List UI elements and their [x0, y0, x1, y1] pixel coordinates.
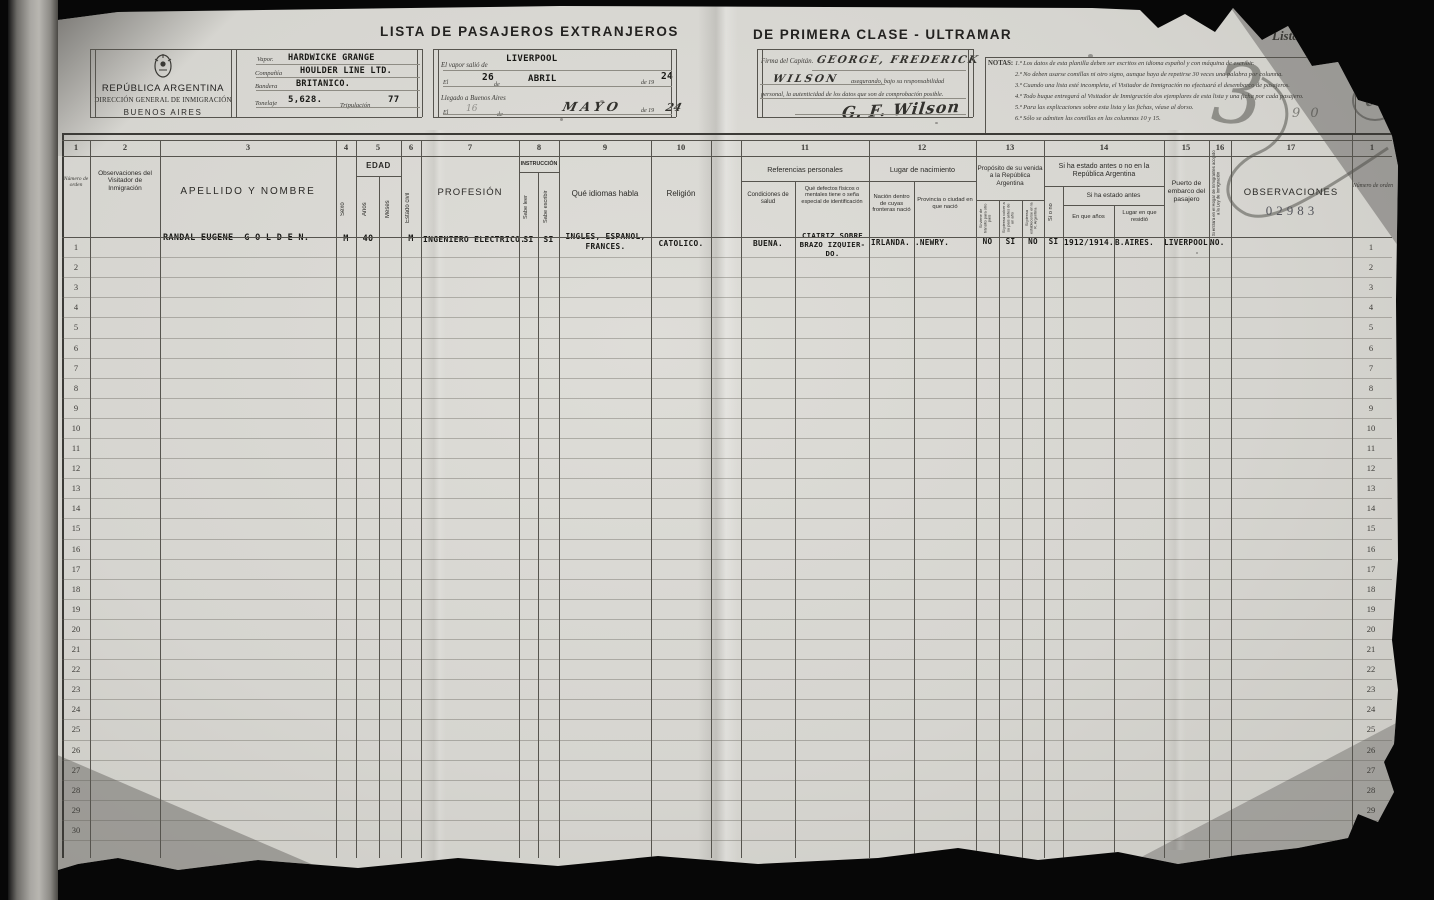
- row-number-right: 29: [1350, 805, 1392, 815]
- row-number-right: 4: [1350, 302, 1392, 312]
- row-number-right: 14: [1350, 503, 1392, 513]
- nota-item-6: 6.ª Sólo se admiten las comillas en las …: [1015, 115, 1161, 122]
- grid-line-vertical: [422, 49, 423, 117]
- row-number-right: 2: [1350, 262, 1392, 272]
- org-country: REPÚBLICA ARGENTINA: [92, 84, 234, 95]
- row-number-right: 24: [1350, 704, 1392, 714]
- header-edad: EDAD: [356, 161, 401, 170]
- row-number-left: 26: [62, 745, 90, 755]
- grid-line-vertical: [795, 181, 796, 858]
- header-provincia: Provincia o ciudad en que nació: [916, 197, 974, 210]
- row-number-right: 25: [1350, 724, 1392, 734]
- circled-pencil-stamp-text: UP: [1363, 90, 1388, 111]
- column-number: 13: [995, 142, 1025, 152]
- column-number: 14: [1089, 142, 1119, 152]
- salida-port: LIVERPOOL: [506, 54, 557, 64]
- row-separator-line: [62, 840, 1392, 841]
- row-separator-line: [62, 619, 1392, 620]
- bandera-value: BRITANICO.: [296, 79, 350, 89]
- compania-label: Compañía: [255, 70, 282, 77]
- grid-line-vertical: [538, 172, 539, 858]
- row-number-right: 11: [1350, 443, 1392, 453]
- salida-de-label: de: [494, 82, 500, 88]
- row-separator-line: [62, 599, 1392, 600]
- tonelaje-label: Tonelaje: [255, 100, 277, 107]
- row-number-left: 5: [62, 322, 90, 332]
- grid-line-vertical: [95, 49, 96, 117]
- row-number-left: 10: [62, 423, 90, 433]
- grid-line-horizontal: [741, 181, 976, 182]
- grid-line-horizontal: [760, 98, 966, 99]
- grid-line-vertical: [973, 49, 974, 117]
- grid-line-vertical: [968, 49, 969, 117]
- row-separator-line: [62, 719, 1392, 720]
- row1-prop1: NO: [976, 238, 999, 247]
- grid-line-horizontal: [795, 114, 966, 115]
- tripulacion-value: 77: [388, 95, 399, 105]
- org-department: DIRECCIÓN GENERAL DE INMIGRACIÓN: [90, 97, 236, 105]
- row-number-right: 15: [1350, 523, 1392, 533]
- column-number: 8: [524, 142, 554, 152]
- row-separator-line: [62, 458, 1392, 459]
- pencil-big-number: 3: [1209, 46, 1268, 144]
- grid-line-horizontal: [812, 70, 966, 71]
- row-number-left: 7: [62, 363, 90, 373]
- row-separator-line: [62, 559, 1392, 560]
- header-prop-sub2: Si piensa volver a su país antes de un a…: [1002, 202, 1020, 234]
- row-number-left: 20: [62, 624, 90, 634]
- row-number-left: 30: [62, 825, 90, 835]
- column-number: 1: [1357, 142, 1387, 152]
- row-number-right: 19: [1350, 604, 1392, 614]
- row-separator-line: [62, 679, 1392, 680]
- row1-prop2: SI: [999, 238, 1022, 247]
- row-separator-line: [62, 358, 1392, 359]
- nota-item-5: 5.ª Para las explicaciones sobre esta li…: [1015, 104, 1194, 111]
- grid-line-horizontal: [62, 237, 1392, 238]
- grid-line-horizontal: [1332, 46, 1392, 47]
- row-separator-line: [62, 780, 1392, 781]
- row-number-right: 18: [1350, 584, 1392, 594]
- grid-line-vertical: [231, 49, 232, 117]
- row-number-right: 30: [1350, 825, 1392, 835]
- header-sabe-escribir: Sabe escribir: [543, 184, 555, 230]
- header-col2: Observaciones del Visitador de Inmigraci…: [92, 170, 158, 192]
- row-number-left: 1: [62, 242, 90, 252]
- grid-line-horizontal: [256, 64, 420, 65]
- row-number-left: 8: [62, 383, 90, 393]
- book-spine: [8, 0, 58, 900]
- row-number-left: 2: [62, 262, 90, 272]
- row1-nacion: IRLANDA.: [871, 238, 910, 247]
- header-col15: Puerto de embarco del pasajero: [1164, 180, 1209, 203]
- header-col10: Religión: [651, 189, 711, 198]
- column-number: 3: [233, 142, 263, 152]
- row-separator-line: [62, 378, 1392, 379]
- row-number-left: 9: [62, 403, 90, 413]
- column-number: 2: [110, 142, 140, 152]
- header-col9: Qué idiomas habla: [559, 189, 651, 198]
- vapor-label: Vapor.: [257, 56, 273, 63]
- tonelaje-value: 5,628.: [288, 95, 322, 105]
- header-col1-right: Número de orden: [1352, 183, 1394, 190]
- grid-line-horizontal: [433, 49, 676, 50]
- row-number-right: 27: [1350, 765, 1392, 775]
- grid-line-horizontal: [757, 117, 973, 118]
- grid-line-horizontal: [1063, 205, 1164, 206]
- column-number: 17: [1276, 142, 1306, 152]
- grid-line-horizontal: [62, 156, 1392, 157]
- column-number: 6: [396, 142, 426, 152]
- header-defectos: Qué defectos físicos o mentales tiene o …: [797, 186, 867, 205]
- header-instruccion: INSTRUCCIÓN: [519, 161, 559, 167]
- row-separator-line: [62, 800, 1392, 801]
- header-col16: Si entrará en el Hogar de Inmigrantes ac…: [1212, 150, 1229, 236]
- grid-line-horizontal: [757, 49, 973, 50]
- row1-puerto: LIVERPOOL.: [1164, 238, 1213, 247]
- column-number: 5: [363, 142, 393, 152]
- row-number-right: 5: [1350, 322, 1392, 332]
- row-separator-line: [62, 820, 1392, 821]
- captain-signature: G. F. Wilson: [841, 97, 961, 122]
- pencil-page-note: 9 0: [1292, 106, 1322, 121]
- grid-line-horizontal: [443, 86, 672, 87]
- row-number-left: 3: [62, 282, 90, 292]
- row-separator-line: [62, 398, 1392, 399]
- row-separator-line: [62, 478, 1392, 479]
- grid-line-horizontal: [760, 84, 885, 85]
- row-separator-line: [62, 498, 1392, 499]
- row-number-left: 22: [62, 664, 90, 674]
- column-number: 12: [907, 142, 937, 152]
- row1-anos-estadia: 1912/1914.: [1064, 238, 1114, 247]
- row-separator-line: [62, 317, 1392, 318]
- lista-number-value: 1: [1319, 22, 1338, 43]
- row-number-right: 1: [1350, 242, 1392, 252]
- compania-value: HOULDER LINE LTD.: [300, 66, 392, 76]
- grid-line-vertical: [757, 49, 758, 117]
- row-number-left: 24: [62, 704, 90, 714]
- header-col17: OBSERVACIONES: [1232, 188, 1350, 199]
- row-number-left: 6: [62, 343, 90, 353]
- header-si-o-no: Sí o no: [1048, 190, 1061, 234]
- row-number-right: 9: [1350, 403, 1392, 413]
- column-number: 1: [61, 142, 91, 152]
- row-number-right: 12: [1350, 463, 1392, 473]
- row-separator-line: [62, 760, 1392, 761]
- row1-defectos: CIATRIZ SOBRE BRAZO IZQUIER- DO.: [796, 232, 869, 258]
- column-number: 16: [1205, 142, 1235, 152]
- org-city: BUENOS AIRES: [92, 108, 234, 117]
- row-number-left: 21: [62, 644, 90, 654]
- grid-line-horizontal: [443, 114, 672, 115]
- header-lugar-residio: Lugar en que residió: [1115, 210, 1164, 223]
- personal-text: personal, la autenticidad de los datos q…: [761, 91, 943, 98]
- row-separator-line: [62, 659, 1392, 660]
- header-en-que-anos: En que años: [1063, 214, 1114, 221]
- grid-line-vertical: [236, 49, 237, 117]
- vapor-value: HARDWICKE GRANGE: [288, 53, 375, 63]
- header-condiciones: Condiciones de salud: [743, 192, 793, 206]
- scanned-passenger-list-page: LISTA DE PASAJEROS EXTRANJEROS DE PRIMER…: [0, 0, 1434, 900]
- row-number-right: 16: [1350, 544, 1392, 554]
- row-separator-line: [62, 257, 1392, 258]
- grid-line-vertical: [914, 181, 915, 858]
- llegada-el-label: El: [443, 110, 448, 116]
- row-separator-line: [62, 418, 1392, 419]
- header-prop-sub1: Si viene de tránsito para otro país: [979, 202, 997, 234]
- row-number-left: 15: [62, 523, 90, 533]
- grid-line-horizontal: [976, 200, 1044, 201]
- row-number-right: 3: [1350, 282, 1392, 292]
- page-title-part2: DE PRIMERA CLASE - ULTRAMAR: [753, 27, 1019, 43]
- page-title-part1: LISTA DE PASAJEROS EXTRANJEROS: [380, 24, 696, 40]
- row1-salud: BUENA.: [741, 240, 795, 249]
- row1-prop3: NO: [1022, 238, 1044, 247]
- firma-label: Firma del Capitán.: [761, 58, 813, 65]
- salida-month: ABRIL: [528, 74, 557, 84]
- row-number-left: 13: [62, 483, 90, 493]
- row-number-right: 17: [1350, 564, 1392, 574]
- row-separator-line: [62, 438, 1392, 439]
- row-number-right: 26: [1350, 745, 1392, 755]
- row-number-left: 17: [62, 564, 90, 574]
- llegada-day: 16: [466, 104, 477, 114]
- llegada-label: Llegado a Buenos Aires: [441, 95, 506, 102]
- grid-line-vertical: [676, 49, 677, 117]
- row-number-right: 21: [1350, 644, 1392, 654]
- grid-line-horizontal: [256, 107, 420, 108]
- row-number-left: 16: [62, 544, 90, 554]
- row-number-left: 29: [62, 805, 90, 815]
- header-col4: Sexo: [340, 186, 352, 232]
- row1-provincia: .NEWRY.: [915, 238, 949, 247]
- salida-day: 26: [482, 72, 494, 83]
- grid-line-vertical: [433, 49, 434, 117]
- row-number-left: 28: [62, 785, 90, 795]
- row1-idiomas: INGLES, ESPANOL, FRANCES.: [560, 232, 651, 251]
- grid-line-horizontal: [443, 70, 672, 71]
- grid-line-horizontal: [985, 57, 1355, 58]
- row-number-right: 13: [1350, 483, 1392, 493]
- header-sabe-leer: Sabe leer: [523, 184, 535, 230]
- bandera-label: Bandera: [255, 83, 277, 90]
- grid-line-vertical: [438, 49, 439, 117]
- row-separator-line: [62, 579, 1392, 580]
- grid-line-vertical: [90, 49, 91, 117]
- column-number: 10: [666, 142, 696, 152]
- notas-label: NOTAS:: [988, 60, 1013, 67]
- grid-line-horizontal: [256, 77, 420, 78]
- row-number-right: 20: [1350, 624, 1392, 634]
- header-col3: APELLIDO Y NOMBRE: [160, 186, 336, 198]
- row-number-right: 7: [1350, 363, 1392, 373]
- header-col1: Número de orden: [62, 176, 90, 189]
- captain-name-line1: GEORGE, FREDERICK: [816, 54, 981, 66]
- row-number-left: 23: [62, 684, 90, 694]
- row-number-right: 6: [1350, 343, 1392, 353]
- row-separator-line: [62, 277, 1392, 278]
- header-anos: Años: [362, 188, 374, 230]
- row-separator-line: [62, 297, 1392, 298]
- circled-pencil-stamp: UP: [1352, 80, 1398, 121]
- row-number-right: 28: [1350, 785, 1392, 795]
- grid-line-horizontal: [90, 117, 422, 118]
- row-separator-line: [62, 699, 1392, 700]
- row1-name: RANDAL EUGENE G O L D E N.: [163, 233, 309, 243]
- grid-line-horizontal: [256, 90, 420, 91]
- row1-hogar: NO.: [1210, 238, 1225, 247]
- header-si-ha-estado: Si ha estado antes: [1063, 192, 1164, 199]
- row-separator-line: [62, 740, 1392, 741]
- llegada-month: MAYO: [561, 99, 623, 114]
- row-number-right: 22: [1350, 664, 1392, 674]
- grid-line-vertical: [1355, 57, 1356, 133]
- row-number-left: 19: [62, 604, 90, 614]
- grid-line-horizontal: [62, 133, 1392, 135]
- header-referencias: Referencias personales: [741, 166, 869, 174]
- row-number-right: 8: [1350, 383, 1392, 393]
- column-number: 9: [590, 142, 620, 152]
- column-number: 11: [790, 142, 820, 152]
- grid-line-horizontal: [433, 117, 676, 118]
- row-separator-line: [62, 338, 1392, 339]
- header-nacion: Nación dentro de cuyas fronteras nació: [871, 194, 912, 214]
- row-number-right: 23: [1350, 684, 1392, 694]
- row-number-left: 18: [62, 584, 90, 594]
- grid-line-vertical: [379, 176, 380, 858]
- header-meses: Meses: [385, 188, 397, 230]
- header-prop-sub3: Si piensa establecerse en la R. Argentin…: [1025, 202, 1043, 234]
- row1-estado-si-no: SI: [1044, 238, 1063, 247]
- header-proposito: Propósito de su venida a la República Ar…: [977, 165, 1043, 187]
- row-separator-line: [62, 518, 1392, 519]
- row1-lugar-residio: B.AIRES.: [1115, 238, 1154, 247]
- row-separator-line: [62, 539, 1392, 540]
- header-estado-antes: Si ha estado antes o no en la República …: [1046, 163, 1162, 179]
- header-nacimiento: Lugar de nacimiento: [869, 166, 976, 174]
- grid-line-horizontal: [356, 176, 401, 177]
- grid-line-vertical: [985, 57, 986, 133]
- row-number-left: 4: [62, 302, 90, 312]
- row-number-left: 27: [62, 765, 90, 775]
- grid-line-vertical: [671, 49, 672, 117]
- row-number-left: 25: [62, 724, 90, 734]
- salida-label: El vapor salió de: [441, 62, 488, 69]
- row1-religion: CATOLICO.: [651, 240, 711, 249]
- header-col6: Estado civil: [405, 182, 417, 234]
- row-separator-line: [62, 639, 1392, 640]
- grid-line-horizontal: [90, 49, 422, 50]
- lista-number-label: Lista Nº: [1272, 28, 1315, 44]
- column-number: 4: [331, 142, 361, 152]
- column-number: 7: [455, 142, 485, 152]
- grid-line-horizontal: [519, 172, 559, 173]
- grid-line-horizontal: [1044, 186, 1164, 187]
- header-col7: PROFESIÓN: [421, 188, 519, 199]
- coat-of-arms-icon: [150, 52, 180, 82]
- row-number-left: 11: [62, 443, 90, 453]
- grid-line-vertical: [762, 49, 763, 117]
- grid-line-horizontal: [62, 140, 1392, 141]
- row-number-right: 10: [1350, 423, 1392, 433]
- row-number-left: 12: [62, 463, 90, 473]
- column-number: 15: [1171, 142, 1201, 152]
- llegada-year: 24: [664, 101, 683, 114]
- observaciones-stamp: 02983: [1250, 203, 1334, 219]
- grid-line-vertical: [1063, 186, 1064, 858]
- row-number-left: 14: [62, 503, 90, 513]
